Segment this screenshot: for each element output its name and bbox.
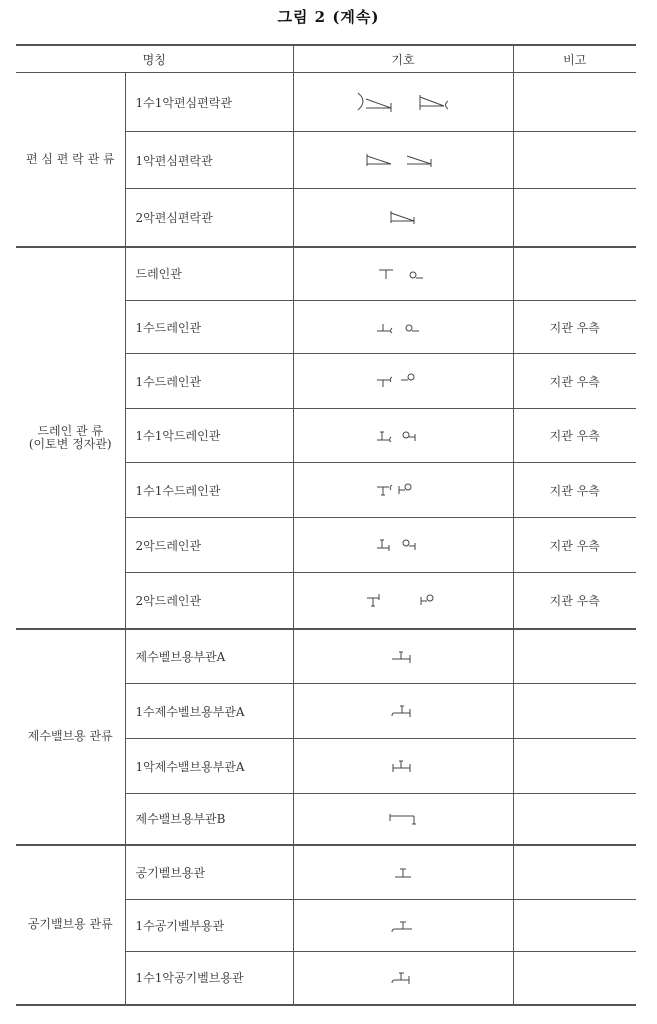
item-name: 제수벨브용부관A: [125, 629, 293, 684]
table-row: 제수밸브용 관류 제수벨브용부관A: [16, 629, 636, 684]
eccentric-reducer-flange-pair-icon: [293, 132, 513, 189]
figure-title: 그림 2 (계속): [0, 6, 657, 27]
drain-tee-double-flange-icon: [293, 518, 513, 573]
drain-tee-socket-socket-icon: [293, 463, 513, 518]
group-label-sub: (이토변 정자관): [16, 438, 125, 451]
item-name: 1수드레인관: [125, 301, 293, 354]
gate-valve-pipe-b-icon: [293, 794, 513, 845]
air-valve-pipe-icon: [293, 845, 513, 900]
item-note: 지관 우측: [513, 573, 636, 629]
item-note: [513, 189, 636, 247]
table-header-row: 명칭 기호 비고: [16, 45, 636, 73]
item-note: 지관 우측: [513, 518, 636, 573]
item-name: 1수1악편심편락관: [125, 73, 293, 132]
item-name: 1수드레인관: [125, 354, 293, 409]
drain-tee-socket-inverted-icon: [293, 354, 513, 409]
table-row: 드레인 관 류 (이토변 정자관) 드레인관: [16, 247, 636, 301]
item-name: 1수제수벨브용부관A: [125, 684, 293, 739]
eccentric-reducer-double-flange-icon: [293, 189, 513, 247]
item-name: 2악편심편락관: [125, 189, 293, 247]
item-name: 드레인관: [125, 247, 293, 301]
item-note: [513, 73, 636, 132]
item-note: [513, 794, 636, 845]
item-name: 2악드레인관: [125, 518, 293, 573]
gate-valve-pipe-a-socket-icon: [293, 684, 513, 739]
item-note: [513, 845, 636, 900]
group-label-main: 드레인 관 류: [16, 425, 125, 438]
item-name: 공기벨브용관: [125, 845, 293, 900]
item-note: 지관 우측: [513, 409, 636, 463]
item-note: 지관 우측: [513, 354, 636, 409]
item-name: 1수1악드레인관: [125, 409, 293, 463]
gate-valve-pipe-a-icon: [293, 629, 513, 684]
header-symbol: 기호: [293, 45, 513, 73]
pipe-symbol-table: 명칭 기호 비고 편 심 편 락 관 류 1수1악편심편락관 1악편심편락관: [16, 44, 636, 1006]
drain-tee-socket-icon: [293, 301, 513, 354]
item-note: [513, 900, 636, 952]
item-note: [513, 739, 636, 794]
header-note: 비고: [513, 45, 636, 73]
item-note: [513, 132, 636, 189]
air-valve-pipe-socket-icon: [293, 900, 513, 952]
drain-tee-double-flange-inverted-icon: [293, 573, 513, 629]
item-name: 1악제수밸브용부관A: [125, 739, 293, 794]
table-row: 공기밸브용 관류 공기벨브용관: [16, 845, 636, 900]
item-name: 1악편심편락관: [125, 132, 293, 189]
header-name: 명칭: [16, 45, 293, 73]
group-label: 공기밸브용 관류: [16, 845, 125, 1005]
item-name: 1수1수드레인관: [125, 463, 293, 518]
eccentric-reducer-socket-pair-icon: [293, 73, 513, 132]
item-note: [513, 247, 636, 301]
item-note: 지관 우측: [513, 463, 636, 518]
item-name: 1수공기벨부용관: [125, 900, 293, 952]
item-name: 제수밸브용부관B: [125, 794, 293, 845]
item-name: 2악드레인관: [125, 573, 293, 629]
air-valve-pipe-socket-flange-icon: [293, 952, 513, 1005]
table-row: 편 심 편 락 관 류 1수1악편심편락관: [16, 73, 636, 132]
drain-tee-socket-flange-icon: [293, 409, 513, 463]
drain-tee-icon: [293, 247, 513, 301]
item-name: 1수1악공기벨브용관: [125, 952, 293, 1005]
item-note: 지관 우측: [513, 301, 636, 354]
item-note: [513, 629, 636, 684]
item-note: [513, 684, 636, 739]
group-label: 드레인 관 류 (이토변 정자관): [16, 247, 125, 629]
group-label: 편 심 편 락 관 류: [16, 73, 125, 247]
item-note: [513, 952, 636, 1005]
gate-valve-pipe-a-flange-icon: [293, 739, 513, 794]
group-label: 제수밸브용 관류: [16, 629, 125, 845]
